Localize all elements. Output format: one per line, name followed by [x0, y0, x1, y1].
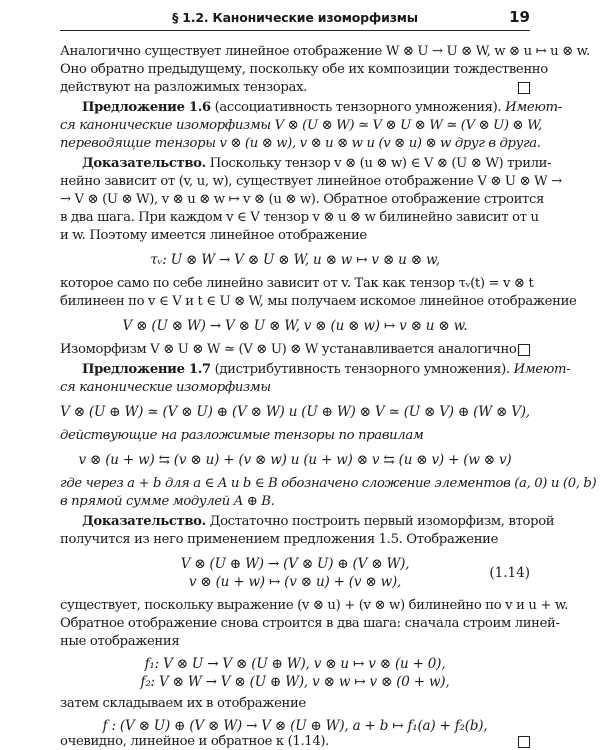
text-line: и w. Поэтому имеется линейное отображени… [60, 228, 530, 244]
proof-text: Достаточно построить первый изоморфизм, … [210, 514, 555, 529]
text-line: Обратное отображение снова строится в дв… [60, 616, 530, 632]
text-line: нейно зависит от (v, u, w), существует л… [60, 174, 530, 190]
qed-square [518, 344, 530, 356]
text-line: переводящие тензоры v ⊗ (u ⊗ w), v ⊗ u ⊗… [60, 136, 530, 152]
text-line: Аналогично существует линейное отображен… [60, 44, 530, 60]
page-number: 19 [509, 8, 530, 26]
qed-square [518, 736, 530, 748]
text-line: которое само по себе линейно зависит от … [60, 276, 530, 292]
display-formula: τᵥ: U ⊗ W → V ⊗ U ⊗ W, u ⊗ w ↦ v ⊗ u ⊗ w… [60, 252, 530, 268]
text-line: где через a + b для a ∈ A и b ∈ B обозна… [60, 476, 530, 492]
text-line: получится из него применением предложени… [60, 532, 530, 548]
equation-1-14-line1: V ⊗ (U ⊕ W) → (V ⊗ U) ⊕ (V ⊗ W), [60, 556, 530, 572]
display-formula: V ⊗ (U ⊗ W) → V ⊗ U ⊗ W, v ⊗ (u ⊗ w) ↦ v… [60, 318, 530, 334]
proof-text: Поскольку тензор v ⊗ (u ⊗ w) ∈ V ⊗ (U ⊗ … [210, 156, 552, 171]
display-formula-f1: f₁: V ⊗ U → V ⊗ (U ⊕ W), v ⊗ u ↦ v ⊗ (u … [60, 656, 530, 672]
text-line: билинеен по v ∈ V и t ∈ U ⊗ W, мы получа… [60, 294, 530, 310]
text-line: ные отображения [60, 634, 530, 650]
proposition-1-6-heading: Предложение 1.6 (ассоциативность тензорн… [60, 100, 530, 116]
text-line: ся канонические изоморфизмы V ⊗ (U ⊗ W) … [60, 118, 530, 134]
display-formula-f2: f₂: V ⊗ W → V ⊗ (U ⊕ W), v ⊗ w ↦ v ⊗ (0 … [60, 674, 530, 690]
display-formula: v ⊗ (u + w) ⇆ (v ⊗ u) + (v ⊗ w) и (u + w… [60, 452, 530, 468]
text-line: Изоморфизм V ⊗ U ⊗ W ≃ (V ⊗ U) ⊗ W устан… [60, 342, 530, 358]
proposition-label: Предложение 1.7 [82, 362, 211, 377]
proposition-title: (ассоциативность тензорного умножения). [215, 100, 502, 115]
text-line: существует, поскольку выражение (v ⊗ u) … [60, 598, 530, 614]
proposition-text: Имеют- [505, 100, 562, 115]
equation-number: (1.14) [489, 565, 530, 581]
section-title: § 1.2. Канонические изоморфизмы [60, 10, 530, 25]
text-line: в прямой сумме модулей A ⊕ B. [60, 494, 530, 510]
text-line: затем складываем их в отображение [60, 696, 530, 712]
text-line: в два шага. При каждом v ∈ V тензор v ⊗ … [60, 210, 530, 226]
proposition-text: Имеют- [514, 362, 571, 377]
text-line-closing: очевидно, линейное и обратное к (1.14). [60, 734, 530, 750]
qed-square [518, 82, 530, 94]
proposition-title: (дистрибутивность тензорного умножения). [215, 362, 510, 377]
proof-heading: Доказательство. Достаточно построить пер… [60, 514, 530, 530]
proof-label: Доказательство. [82, 156, 206, 171]
running-header: § 1.2. Канонические изоморфизмы 19 [60, 8, 530, 31]
text-line: действуют на разложимых тензорах. [60, 80, 530, 96]
equation-1-14-line2: v ⊗ (u + w) ↦ (v ⊗ u) + (v ⊗ w), [60, 574, 530, 590]
book-page: § 1.2. Канонические изоморфизмы 19 Анало… [0, 0, 600, 750]
text-line: ся канонические изоморфизмы [60, 380, 530, 396]
proof-label: Доказательство. [82, 514, 206, 529]
display-formula: V ⊗ (U ⊕ W) ≃ (V ⊗ U) ⊕ (V ⊗ W) и (U ⊕ W… [60, 404, 530, 420]
text-line: действующие на разложимые тензоры по пра… [60, 428, 530, 444]
text-line: → V ⊗ (U ⊗ W), v ⊗ u ⊗ w ↦ v ⊗ (u ⊗ w). … [60, 192, 530, 208]
proposition-label: Предложение 1.6 [82, 100, 211, 115]
proof-heading: Доказательство. Поскольку тензор v ⊗ (u … [60, 156, 530, 172]
display-formula-f: f : (V ⊗ U) ⊕ (V ⊗ W) → V ⊗ (U ⊕ W), a +… [60, 718, 530, 734]
text-line: Оно обратно предыдущему, поскольку обе и… [60, 62, 530, 78]
proposition-1-7-heading: Предложение 1.7 (дистрибутивность тензор… [60, 362, 530, 378]
